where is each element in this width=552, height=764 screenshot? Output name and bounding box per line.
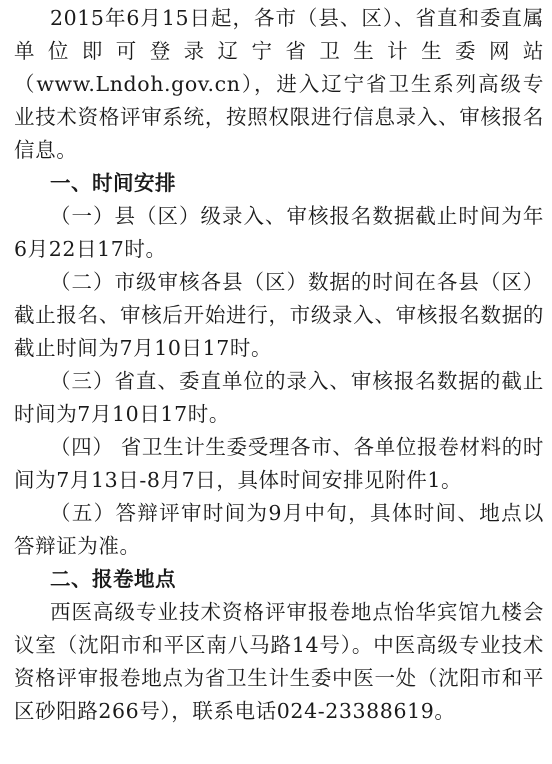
schedule-item-5: （五）答辩评审时间为9月中旬，具体时间、地点以答辩证为准。 — [14, 497, 544, 563]
section-heading-schedule: 一、时间安排 — [14, 167, 544, 200]
schedule-item-1: （一）县（区）级录入、审核报名数据截止时间为年6月22日17时。 — [14, 200, 544, 266]
schedule-item-4: （四） 省卫生计生委受理各市、各单位报卷材料的时间为7月13日-8月7日，具体时… — [14, 431, 544, 497]
schedule-item-2: （二）市级审核各县（区）数据的时间在各县（区）截止报名、审核后开始进行，市级录入… — [14, 266, 544, 365]
location-paragraph: 西医高级专业技术资格评审报卷地点怡华宾馆九楼会议室（沈阳市和平区南八马路14号）… — [14, 596, 544, 728]
document-body: 2015年6月15日起，各市（县、区）、省直和委直属单位即可登录辽宁省卫生计生委… — [14, 2, 544, 728]
intro-paragraph: 2015年6月15日起，各市（县、区）、省直和委直属单位即可登录辽宁省卫生计生委… — [14, 2, 544, 167]
schedule-item-3: （三）省直、委直单位的录入、审核报名数据的截止时间为7月10日17时。 — [14, 365, 544, 431]
section-heading-location: 二、报卷地点 — [14, 563, 544, 596]
